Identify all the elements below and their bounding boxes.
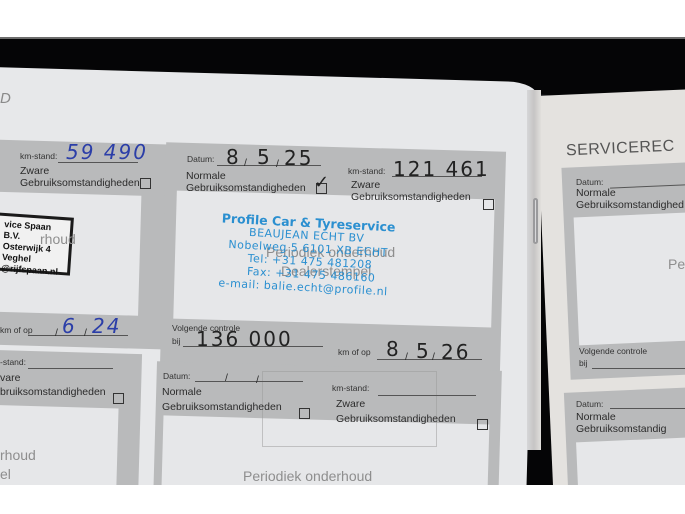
km-value: 121 461 — [393, 157, 490, 181]
km-label: km-stand: — [348, 166, 385, 176]
date-separator: / — [244, 157, 247, 169]
dealer-stamp-profile: Profile Car & Tyreservice BEAUJEAN ECHT … — [218, 212, 396, 299]
heavy-use-label: bruiksomstandigheden — [0, 386, 106, 398]
photo-top-border — [0, 37, 685, 39]
printed-background-text: Pe — [668, 256, 685, 272]
staple — [533, 198, 538, 244]
normal-use-label: Gebruiksomstandig — [576, 423, 666, 435]
normal-use-label: Gebruiksomstandigheden — [186, 182, 306, 194]
date-month: 5 — [257, 145, 272, 169]
date-day: 8 — [226, 145, 241, 169]
normal-use-label: Gebruiksomstandighed — [576, 199, 684, 211]
date-separator: / — [55, 327, 58, 339]
next-date-label: km of op — [0, 325, 33, 335]
km-line — [592, 368, 685, 369]
heavy-use-label: Zware — [351, 179, 380, 191]
heavy-use-label: Gebruiksomstandigheden — [351, 191, 471, 203]
date-label: Datum: — [576, 177, 603, 187]
normal-use-label: Normale — [576, 411, 616, 423]
date-year: 25 — [284, 146, 313, 170]
date-label: Datum: — [163, 371, 190, 381]
heavy-use-label: Zware — [336, 398, 365, 410]
heavy-use-checkbox[interactable] — [477, 419, 488, 430]
km-label: km-stand: — [332, 383, 369, 393]
printed-background-text: rhoud — [40, 231, 76, 247]
normal-use-checkbox[interactable] — [299, 408, 310, 419]
next-date-label: km of op — [338, 347, 371, 357]
date-separator: / — [405, 351, 408, 363]
km-line — [28, 368, 113, 369]
next-control-label: bij — [579, 358, 588, 368]
heavy-use-checkbox[interactable] — [140, 178, 151, 189]
normal-use-label: Normale — [576, 187, 616, 199]
heavy-use-checkbox[interactable] — [113, 393, 124, 404]
bottom-white-band — [0, 485, 685, 514]
date-separator: / — [276, 158, 279, 170]
km-label: -stand: — [0, 357, 26, 367]
printed-background-text: el — [0, 466, 11, 482]
km-line — [378, 395, 476, 396]
date-separator: / — [84, 327, 87, 339]
next-date-month: 6 — [62, 314, 77, 338]
next-date-day: 8 — [386, 337, 401, 361]
date-label: Datum: — [187, 154, 214, 164]
next-control-label: Volgende controle — [579, 346, 647, 356]
date-separator: / — [432, 351, 435, 363]
heavy-use-label: vare — [0, 372, 20, 384]
next-control-km: 136 000 — [196, 327, 293, 351]
checkmark: ✓ — [314, 172, 331, 193]
next-date-year: 24 — [92, 314, 121, 338]
heavy-use-label: Gebruiksomstandigheden — [20, 177, 140, 189]
date-separator: / — [256, 374, 259, 386]
heavy-use-label: Gebruiksomstandigheden — [336, 413, 456, 425]
top-white-band — [0, 0, 685, 37]
date-separator: / — [225, 372, 228, 384]
booklet-spine — [527, 90, 541, 450]
date-line — [610, 408, 685, 409]
printed-background-text: rhoud — [0, 447, 36, 463]
normal-use-label: Gebruiksomstandigheden — [162, 401, 282, 413]
printed-background-text: Periodiek onderhoud — [243, 468, 372, 484]
left-page-title: D — [0, 90, 11, 107]
date-line — [195, 381, 303, 382]
heavy-use-checkbox[interactable] — [483, 199, 494, 210]
next-control-label: bij — [172, 336, 181, 346]
date-label: Datum: — [576, 399, 603, 409]
card-stamp-area — [574, 212, 685, 345]
km-value: 59 490 — [66, 140, 148, 164]
heavy-use-label: Zware — [20, 165, 49, 177]
service-card-left-bottom — [0, 350, 142, 504]
normal-use-label: Normale — [162, 386, 202, 398]
km-label: km-stand: — [20, 151, 57, 161]
next-date-year: 26 — [441, 340, 470, 364]
normal-use-label: Normale — [186, 170, 226, 182]
next-date-month: 5 — [416, 339, 431, 363]
